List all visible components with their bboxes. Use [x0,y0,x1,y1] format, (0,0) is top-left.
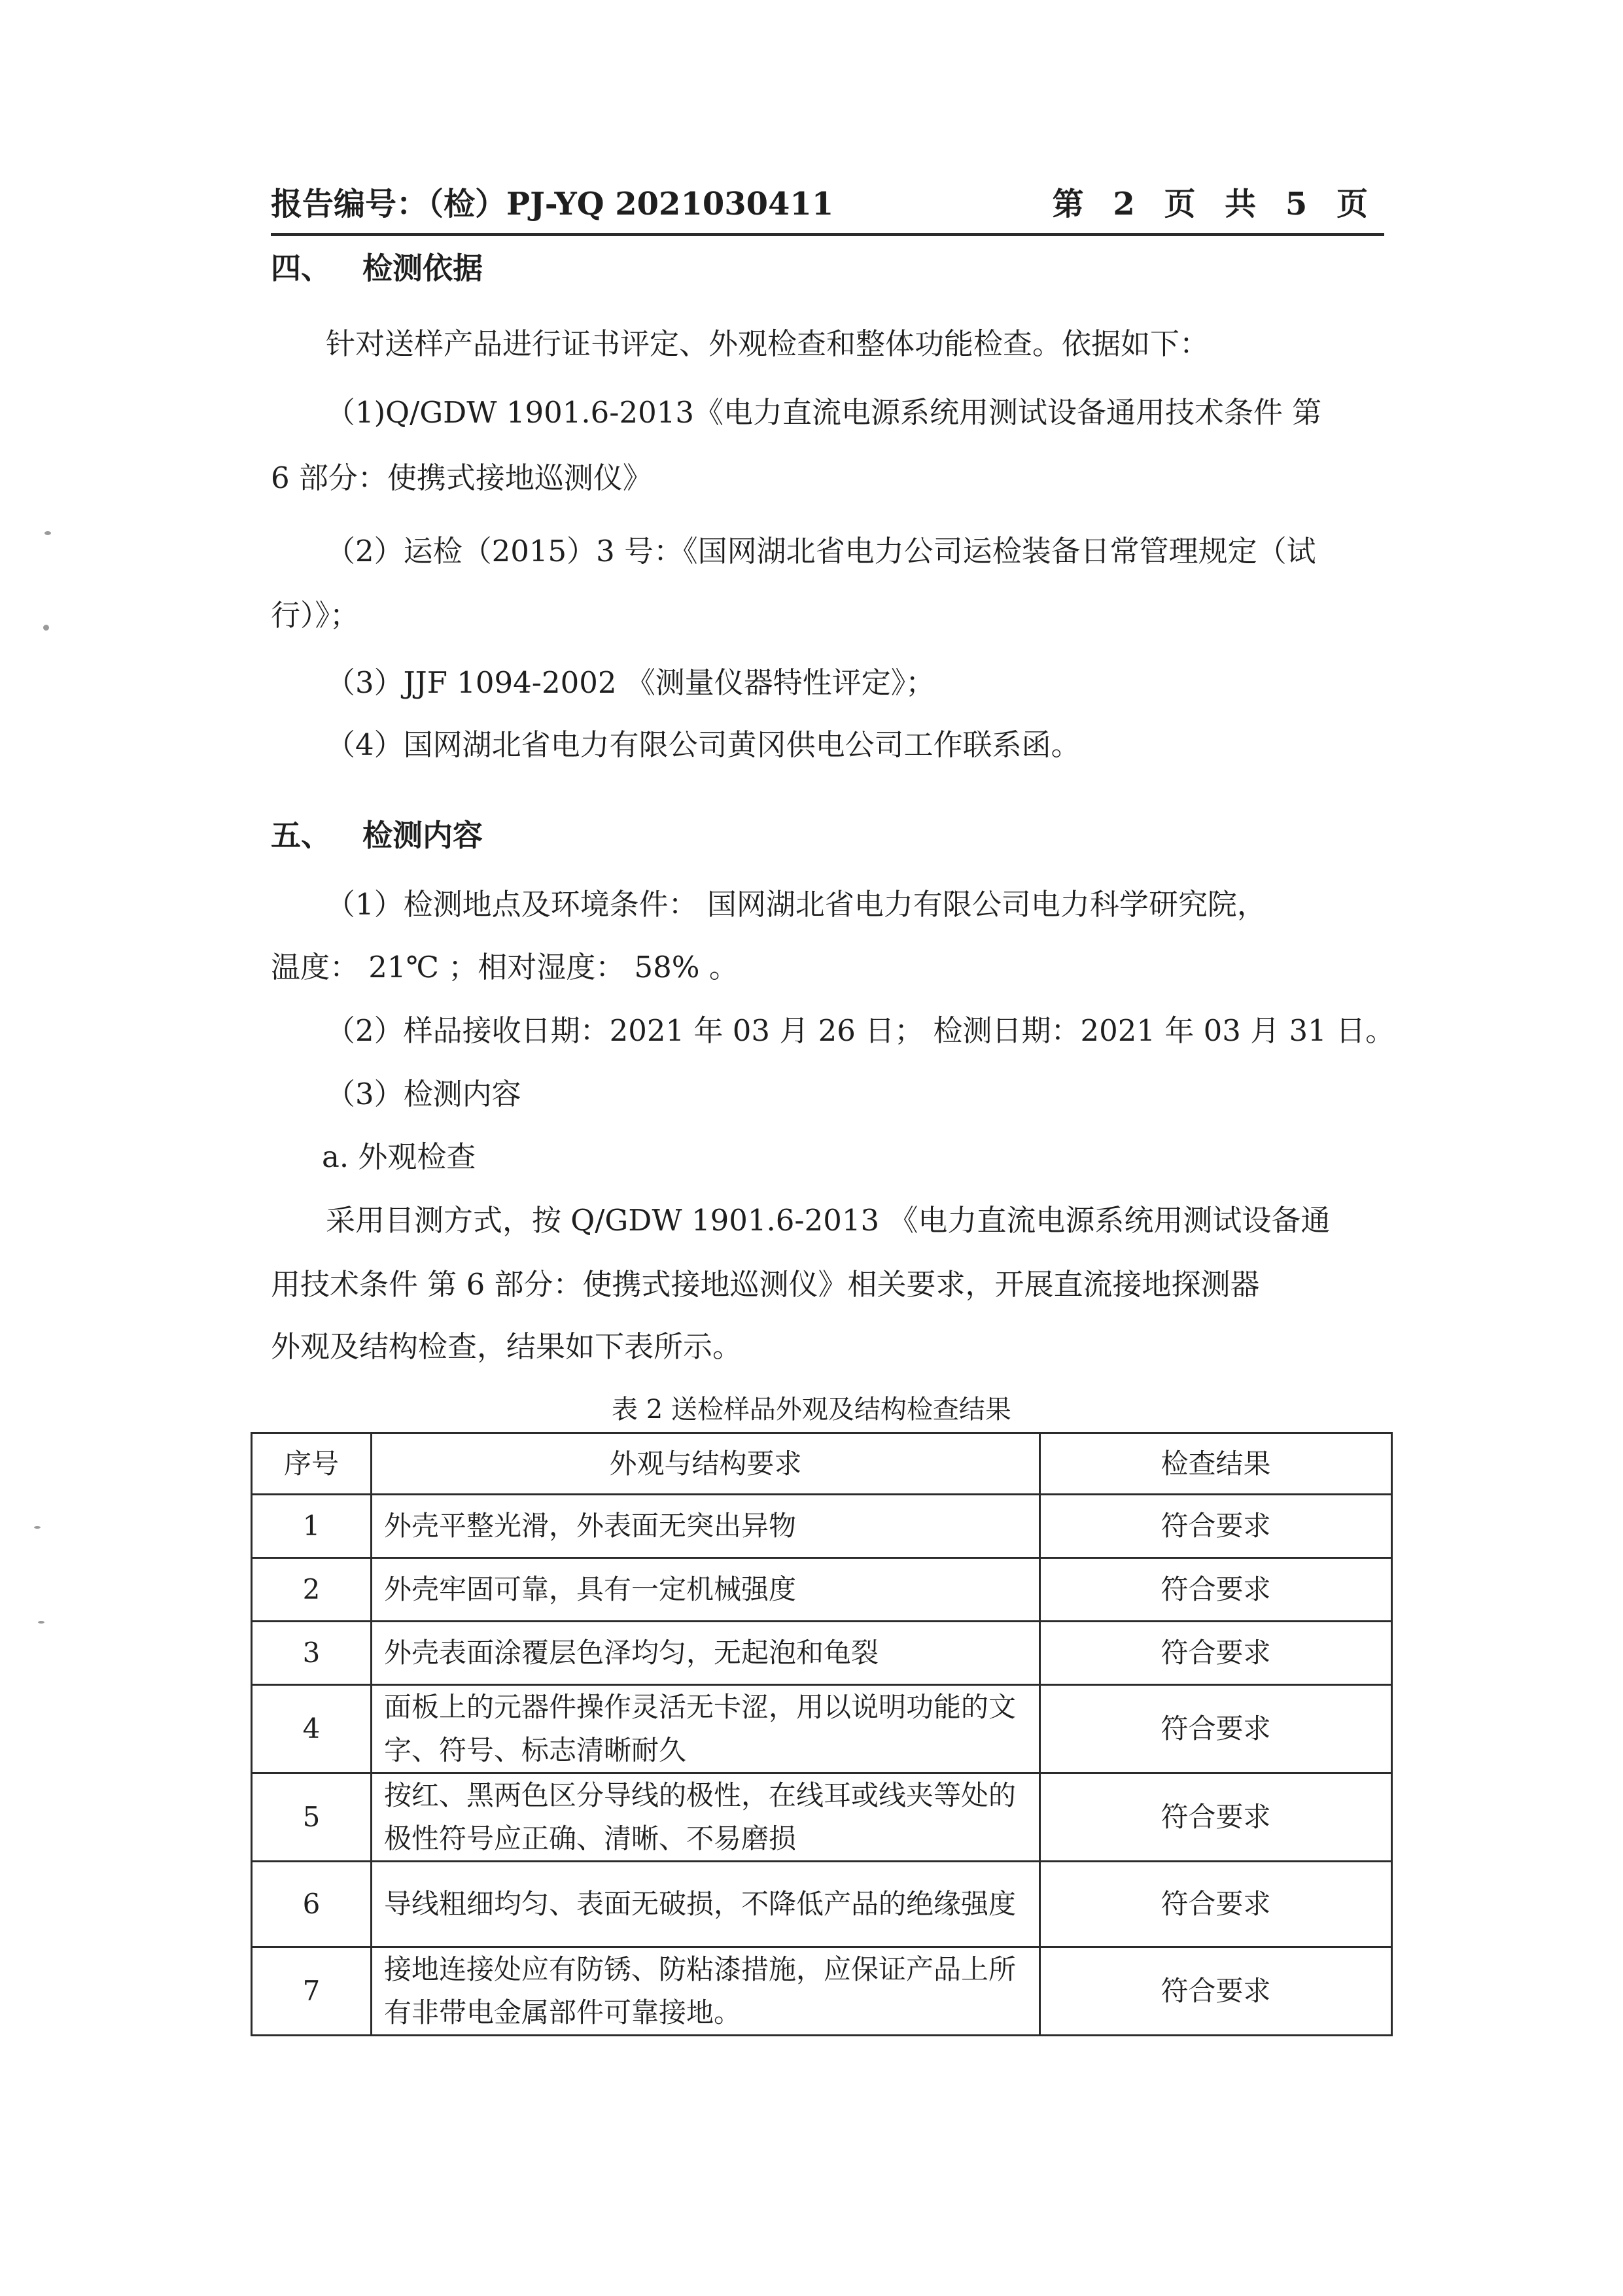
row-requirement: 外壳表面涂覆层色泽均匀，无起泡和龟裂 [372,1622,1040,1685]
table-row: 6 导线粗细均匀、表面无破损，不降低产品的绝缘强度 符合要求 [252,1862,1392,1947]
table-caption: 表 2 送检样品外观及结构检查结果 [0,1397,1623,1423]
section-title: 检测依据 [362,251,483,286]
table-row: 2 外壳牢固可靠，具有一定机械强度 符合要求 [252,1558,1392,1622]
row-requirement: 导线粗细均匀、表面无破损，不降低产品的绝缘强度 [372,1862,1040,1947]
basis-item-1-cont: 6 部分：使携式接地巡测仪》 [271,463,652,493]
row-no: 5 [252,1773,372,1862]
scan-artifact [44,531,51,535]
basis-item-2-cont: 行）》； [271,600,359,630]
basis-item-2: （2）运检（2015）3 号：《国网湖北省电力公司运检装备日常管理规定（试 [326,536,1316,566]
table-header-row: 序号 外观与结构要求 检查结果 [252,1433,1392,1495]
header-no: 序号 [252,1433,372,1495]
scan-artifact [34,1526,41,1529]
row-no: 1 [252,1495,372,1558]
table-row: 3 外壳表面涂覆层色泽均匀，无起泡和龟裂 符合要求 [252,1622,1392,1685]
subsection-a: a. 外观检查 [322,1142,476,1172]
row-no: 6 [252,1862,372,1947]
section-5-heading: 五、检测内容 [271,820,483,850]
table-row: 1 外壳平整光滑，外表面无突出异物 符合要求 [252,1495,1392,1558]
section-number: 五、 [271,820,362,850]
inspection-results-table: 序号 外观与结构要求 检查结果 1 外壳平整光滑，外表面无突出异物 符合要求 2… [251,1432,1393,2036]
row-no: 3 [252,1622,372,1685]
row-requirement: 按红、黑两色区分导线的极性，在线耳或线夹等处的极性符号应正确、清晰、不易磨损 [372,1773,1040,1862]
header-requirement: 外观与结构要求 [372,1433,1040,1495]
row-result: 符合要求 [1040,1558,1392,1622]
method-paragraph-line-1: 采用目测方式，按 Q/GDW 1901.6-2013 《电力直流电源系统用测试设… [326,1206,1330,1235]
header-rule [271,233,1384,236]
row-result: 符合要求 [1040,1862,1392,1947]
row-no: 4 [252,1685,372,1773]
row-no: 2 [252,1558,372,1622]
basis-item-3: （3）JJF 1094-2002 《测量仪器特性评定》； [326,668,935,697]
scan-artifact [38,1621,44,1624]
header-result: 检查结果 [1040,1433,1392,1495]
row-requirement: 外壳平整光滑，外表面无突出异物 [372,1495,1040,1558]
table-row: 7 接地连接处应有防锈、防粘漆措施，应保证产品上所有非带电金属部件可靠接地。 符… [252,1947,1392,2036]
row-requirement: 外壳牢固可靠，具有一定机械强度 [372,1558,1040,1622]
row-no: 7 [252,1947,372,2036]
content-item-1-cont: 温度： 21℃ ；相对湿度： 58% 。 [271,952,739,982]
section-4-heading: 四、检测依据 [271,253,483,283]
section-title: 检测内容 [362,818,483,853]
content-item-2: （2）样品接收日期：2021 年 03 月 26 日； 检测日期：2021 年 … [326,1016,1395,1045]
scan-artifact [43,625,49,631]
table-row: 4 面板上的元器件操作灵活无卡涩，用以说明功能的文字、符号、标志清晰耐久 符合要… [252,1685,1392,1773]
method-paragraph-line-2: 用技术条件 第 6 部分：使携式接地巡测仪》相关要求，开展直流接地探测器 [271,1270,1260,1299]
section-4-intro: 针对送样产品进行证书评定、外观检查和整体功能检查。依据如下： [326,329,1209,358]
row-result: 符合要求 [1040,1947,1392,2036]
section-number: 四、 [271,253,362,283]
basis-item-1: （1)Q/GDW 1901.6-2013《电力直流电源系统用测试设备通用技术条件… [326,398,1321,427]
method-paragraph-line-3: 外观及结构检查，结果如下表所示。 [271,1332,742,1361]
row-result: 符合要求 [1040,1773,1392,1862]
content-item-3: （3）检测内容 [326,1079,521,1109]
row-result: 符合要求 [1040,1495,1392,1558]
content-item-1: （1）检测地点及环境条件： 国网湖北省电力有限公司电力科学研究院， [326,890,1266,919]
page-info: 第 2 页 共 5 页 [1053,188,1377,220]
row-requirement: 面板上的元器件操作灵活无卡涩，用以说明功能的文字、符号、标志清晰耐久 [372,1685,1040,1773]
row-result: 符合要求 [1040,1622,1392,1685]
basis-item-4: （4）国网湖北省电力有限公司黄冈供电公司工作联系函。 [326,730,1081,759]
report-number: 报告编号：（检）PJ-YQ 2021030411 [271,188,833,220]
row-result: 符合要求 [1040,1685,1392,1773]
row-requirement: 接地连接处应有防锈、防粘漆措施，应保证产品上所有非带电金属部件可靠接地。 [372,1947,1040,2036]
table-row: 5 按红、黑两色区分导线的极性，在线耳或线夹等处的极性符号应正确、清晰、不易磨损… [252,1773,1392,1862]
